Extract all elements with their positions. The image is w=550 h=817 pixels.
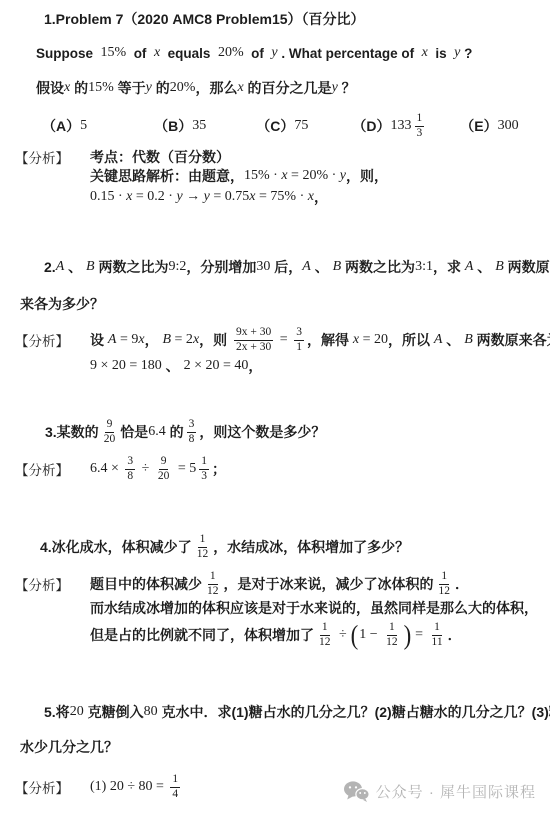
text-segment: 2 × 20 = 40: [184, 358, 249, 374]
text-segment: 后，: [270, 257, 302, 277]
text-segment: 133: [391, 118, 412, 134]
text-segment: ，: [314, 187, 328, 207]
fraction: 920: [102, 418, 118, 445]
text-segment: ，求: [433, 257, 465, 277]
p1-analysis-2: 关键思路解析：由题意，15% · x = 20% · y，则，: [90, 167, 388, 185]
text-segment: 5.将: [44, 702, 70, 722]
text-segment: B: [333, 259, 342, 275]
analysis-label: 【分析】: [15, 777, 90, 797]
p1-analysis-1: 【分析】考点：代数（百分数）: [15, 148, 230, 166]
text-segment: equals: [160, 46, 218, 61]
text-segment: （C）: [256, 116, 294, 136]
fraction: 13: [415, 112, 425, 139]
text-segment: 的: [70, 78, 88, 98]
text-segment: 35: [192, 118, 206, 134]
text-segment: 3:1: [415, 259, 433, 275]
text-segment: 设: [90, 330, 108, 350]
text-segment: 等于: [114, 78, 146, 98]
analysis-label: 【分析】: [15, 147, 90, 167]
text-segment: 2.: [44, 259, 56, 275]
text-segment: of: [126, 46, 154, 61]
p4-analysis-1: 【分析】题目中的体积减少112，是对于冰来说，减少了冰体积的112．: [15, 566, 469, 602]
text-segment: 水少几分之几？: [20, 737, 118, 757]
text-segment: 的: [166, 422, 184, 442]
p2-analysis-1: 【分析】设 A = 9x， B = 2x，则 9x + 302x + 30 = …: [15, 322, 550, 358]
p5-analysis-1: 【分析】(1) 20 ÷ 80 = 14: [15, 769, 183, 805]
text-segment: = 5: [174, 461, 196, 477]
fraction: 31: [294, 326, 304, 353]
p5-question-1: 5.将20 克糖倒入80 克水中．求(1)糖占水的几分之几？(2)糖占糖水的几分…: [44, 703, 550, 721]
text-segment: is: [428, 46, 454, 61]
text-segment: 6.4: [148, 424, 166, 440]
text-segment: 0.15 ·: [90, 189, 126, 205]
text-segment: 的: [152, 78, 170, 98]
text-segment: = 9: [116, 332, 138, 348]
text-segment: 300: [498, 118, 519, 134]
text-segment: （E）: [460, 116, 497, 136]
text-segment: 20: [70, 704, 84, 720]
p1-title: 1.Problem 7（2020 AMC8 Problem15）（百分比）: [44, 10, 365, 28]
text-segment: 考点：代数（百分数）: [90, 147, 230, 167]
p5-question-2: 水少几分之几？: [20, 738, 118, 756]
fraction: 9x + 302x + 30: [234, 326, 273, 353]
text-segment: 1.Problem 7（2020 AMC8 Problem15）（百分比）: [44, 9, 365, 29]
text-segment: 题目中的体积减少: [90, 574, 202, 594]
fraction: 920: [156, 455, 172, 482]
text-segment: of: [244, 46, 272, 61]
text-segment: 9 × 20 = 180: [90, 358, 162, 374]
text-segment: （D）: [352, 116, 390, 136]
text-segment: 假设: [36, 78, 64, 98]
text-segment: 但是占的比例就不同了，体积增加了: [90, 625, 314, 645]
text-segment: 恰是: [120, 422, 148, 442]
text-segment: →: [183, 189, 204, 205]
text-segment: ．: [455, 574, 469, 594]
big-paren: (: [351, 622, 359, 649]
p2-analysis-2: 9 × 20 = 180 、 2 × 20 = 40，: [90, 357, 262, 375]
analysis-label: 【分析】: [15, 574, 90, 594]
text-segment: ，则: [199, 330, 231, 350]
p4-question: 4.冰化成水，体积减少了112，水结成冰，体积增加了多少？: [40, 529, 409, 565]
spacer: [427, 126, 460, 127]
text-segment: 4.冰化成水，体积减少了: [40, 537, 192, 557]
text-segment: ，: [145, 330, 163, 350]
text-segment: 15%: [101, 45, 127, 61]
analysis-label: 【分析】: [15, 459, 90, 479]
text-segment: ；: [212, 459, 226, 479]
text-segment: B: [162, 332, 171, 348]
p1-english: Suppose 15% of x equals 20% of y . What …: [36, 44, 472, 62]
text-segment: ？: [338, 78, 356, 98]
fraction: 14: [170, 773, 180, 800]
text-segment: 两数原: [504, 257, 550, 277]
spacer: [206, 126, 256, 127]
text-segment: （B）: [154, 116, 192, 136]
text-segment: = 75% ·: [256, 189, 308, 205]
p2-question-2: 来各为多少？: [20, 295, 104, 313]
text-segment: = 0.75: [210, 189, 249, 205]
text-segment: 30: [256, 259, 270, 275]
p4-analysis-3: 但是占的比例就不同了，体积增加了112 ÷ (1 − 112) = 111．: [90, 617, 462, 653]
text-segment: A: [434, 332, 443, 348]
text-segment: 两数原来各为: [473, 330, 550, 350]
text-segment: ，则，: [346, 166, 388, 186]
text-segment: ，所以: [388, 330, 434, 350]
text-segment: = 0.2 ·: [132, 189, 176, 205]
text-segment: 两数之比为: [95, 257, 169, 277]
text-segment: B: [86, 259, 95, 275]
text-segment: ，是对于冰来说，减少了冰体积的: [224, 574, 434, 594]
text-segment: A: [108, 332, 117, 348]
fraction: 112: [437, 570, 453, 597]
text-segment: A: [465, 259, 474, 275]
p1-chinese: 假设x 的15% 等于y 的20%，那么x 的百分之几是y ？: [36, 79, 356, 97]
text-segment: 6.4 ×: [90, 461, 122, 477]
p4-analysis-2: 而水结成冰增加的体积应该是对于水来说的，虽然同样是那么大的体积，: [90, 599, 538, 617]
p3-analysis: 【分析】6.4 × 38 ÷ 920 = 513；: [15, 451, 226, 487]
fraction: 112: [195, 533, 211, 560]
spacer: [308, 126, 352, 127]
fraction: 112: [205, 570, 221, 597]
big-paren: ): [403, 622, 411, 649]
fraction: 112: [384, 621, 400, 648]
text-segment: . What percentage of: [278, 46, 422, 61]
text-segment: =: [412, 627, 427, 643]
text-segment: ÷: [138, 461, 153, 477]
text-segment: A: [56, 259, 65, 275]
text-segment: 20%: [218, 45, 244, 61]
text-segment: 两数之比为: [341, 257, 415, 277]
text-segment: ，那么: [195, 78, 237, 98]
text-segment: (1) 20 ÷ 80 =: [90, 779, 167, 795]
text-segment: 克水中．求(1)糖占水的几分之几？(2)糖占糖水的几分之几？(3)糖比: [158, 702, 550, 722]
text-segment: 15%: [88, 80, 114, 96]
text-segment: 80: [144, 704, 158, 720]
text-segment: 3.某数的: [45, 422, 99, 442]
text-segment: ，则这个数是多少？: [199, 422, 325, 442]
text-segment: ，水结成冰，体积增加了多少？: [213, 537, 409, 557]
text-segment: ．: [448, 625, 462, 645]
text-segment: 75: [294, 118, 308, 134]
text-segment: 15% ·: [244, 168, 281, 184]
text-segment: 20%: [170, 80, 196, 96]
analysis-label: 【分析】: [15, 330, 90, 350]
text-segment: 而水结成冰增加的体积应该是对于水来说的，虽然同样是那么大的体积，: [90, 598, 538, 618]
text-segment: A: [302, 259, 311, 275]
text-segment: = 20% ·: [288, 168, 340, 184]
text-segment: 来各为多少？: [20, 294, 104, 314]
text-segment: 克糖倒入: [84, 702, 144, 722]
text-segment: 5: [80, 118, 87, 134]
wechat-icon: [343, 780, 370, 803]
p3-question: 3.某数的920恰是6.4 的38，则这个数是多少？: [45, 414, 325, 450]
p1-options: （A）5（B）35（C）75（D）13313（E）300: [42, 108, 519, 144]
text-segment: B: [464, 332, 473, 348]
fraction: 38: [187, 418, 197, 445]
text-segment: （A）: [42, 116, 80, 136]
watermark-text: 公众号 · 犀牛国际课程: [376, 781, 536, 802]
fraction: 111: [430, 621, 445, 648]
worksheet-page: 1.Problem 7（2020 AMC8 Problem15）（百分比）Sup…: [0, 0, 550, 817]
text-segment: 、: [311, 257, 333, 277]
text-segment: 1 −: [359, 627, 381, 643]
text-segment: ，: [248, 356, 262, 376]
text-segment: = 2: [171, 332, 193, 348]
watermark: 公众号 · 犀牛国际课程: [343, 780, 536, 803]
text-segment: 、: [64, 257, 86, 277]
text-segment: B: [495, 259, 504, 275]
text-segment: 9:2: [168, 259, 186, 275]
text-segment: = 20: [359, 332, 388, 348]
text-segment: 关键思路解析：由题意，: [90, 166, 244, 186]
fraction: 38: [125, 455, 135, 482]
text-segment: 的百分之几是: [244, 78, 332, 98]
text-segment: 、: [473, 257, 495, 277]
text-segment: ，解得: [307, 330, 353, 350]
p2-question-1: 2.A 、 B 两数之比为9:2，分别增加30 后，A 、 B 两数之比为3:1…: [44, 258, 550, 276]
fraction: 112: [317, 621, 333, 648]
text-segment: ，分别增加: [186, 257, 256, 277]
spacer: [87, 126, 154, 127]
text-segment: Suppose: [36, 46, 101, 61]
fraction: 13: [199, 455, 209, 482]
text-segment: 、: [442, 330, 464, 350]
text-segment: ÷: [336, 627, 351, 643]
text-segment: 、: [162, 356, 184, 376]
text-segment: ?: [460, 46, 472, 61]
p1-analysis-3: 0.15 · x = 0.2 · y → y = 0.75x = 75% · x…: [90, 188, 328, 206]
text-segment: =: [276, 332, 291, 348]
